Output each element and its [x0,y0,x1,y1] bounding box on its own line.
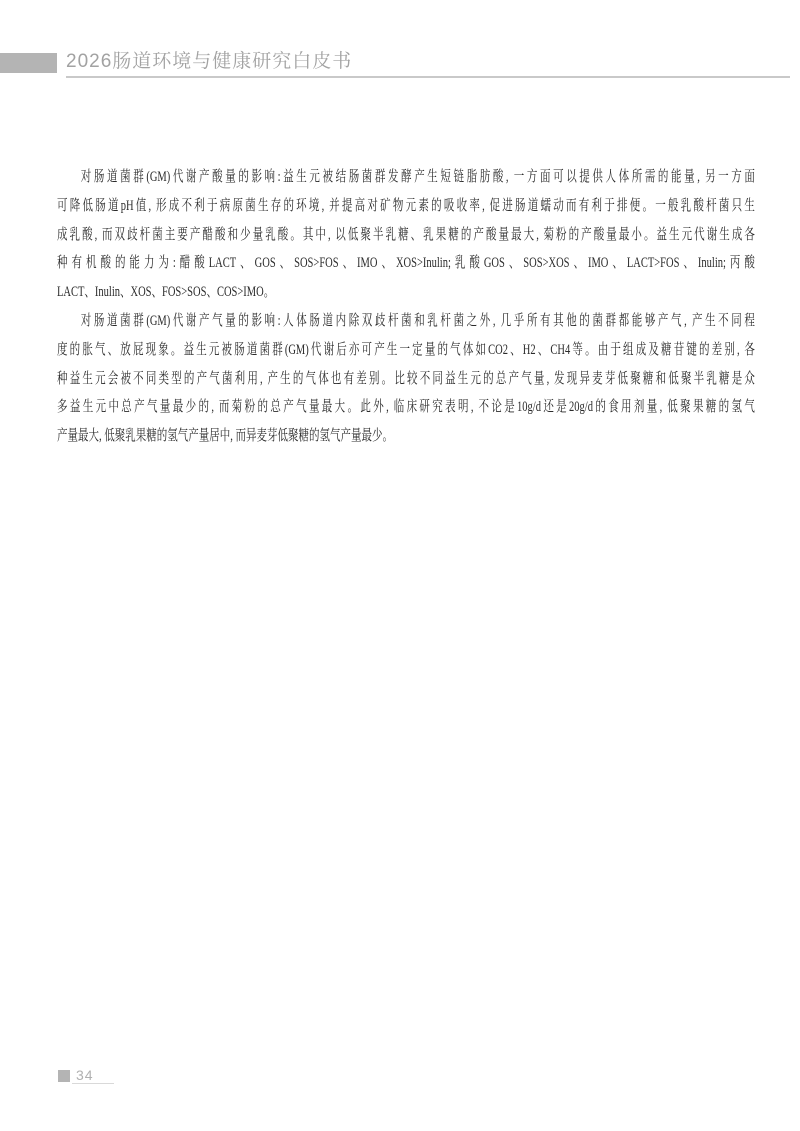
paragraph-2-line-5: 产量最大, 低聚乳果糖的氢气产量居中, 而异麦芽低聚糖的氢气产量最少。 [57,422,755,451]
footer-accent-block [58,1070,70,1082]
paragraph-1-line-1: 对肠道菌群(GM)代谢产酸量的影响:益生元被结肠菌群发酵产生短链脂肪酸, 一方面… [57,163,755,192]
paragraph-1-line-5: LACT、Inulin、XOS、FOS>SOS、COS>IMO。 [57,278,755,307]
header-title: 2026肠道环境与健康研究白皮书 [66,51,352,73]
paragraph-2-line-1: 对肠道菌群(GM)代谢产气量的影响:人体肠道内除双歧杆菌和乳杆菌之外, 几乎所有… [57,307,755,336]
paragraph-2-line-4: 多益生元中总产气量最少的, 而菊粉的总产气量最大。此外, 临床研究表明, 不论是… [57,393,755,422]
footer-divider [72,1083,114,1084]
document-page: 2026肠道环境与健康研究白皮书 对肠道菌群(GM)代谢产酸量的影响:益生元被结… [0,0,800,1131]
header-divider [66,76,790,78]
paragraph-1-line-2: 可降低肠道pH值, 形成不利于病原菌生存的环境, 并提高对矿物元素的吸收率, 促… [57,192,755,221]
paragraph-2-line-2: 度的胀气、放屁现象。益生元被肠道菌群(GM)代谢后亦可产生一定量的气体如CO2、… [57,336,755,365]
body-text: 对肠道菌群(GM)代谢产酸量的影响:益生元被结肠菌群发酵产生短链脂肪酸, 一方面… [57,163,757,451]
paragraph-2-line-3: 种益生元会被不同类型的产气菌利用, 产生的气体也有差别。比较不同益生元的总产气量… [57,365,755,394]
page-number: 34 [76,1067,94,1083]
paragraph-1-line-3: 成乳酸, 而双歧杆菌主要产醋酸和少量乳酸。其中, 以低聚半乳糖、乳果糖的产酸量最… [57,221,755,250]
paragraph-1-line-4: 种有机酸的能力为:醋酸LACT、GOS、SOS>FOS、IMO、XOS>Inul… [57,249,755,278]
header-accent-block [0,53,57,73]
